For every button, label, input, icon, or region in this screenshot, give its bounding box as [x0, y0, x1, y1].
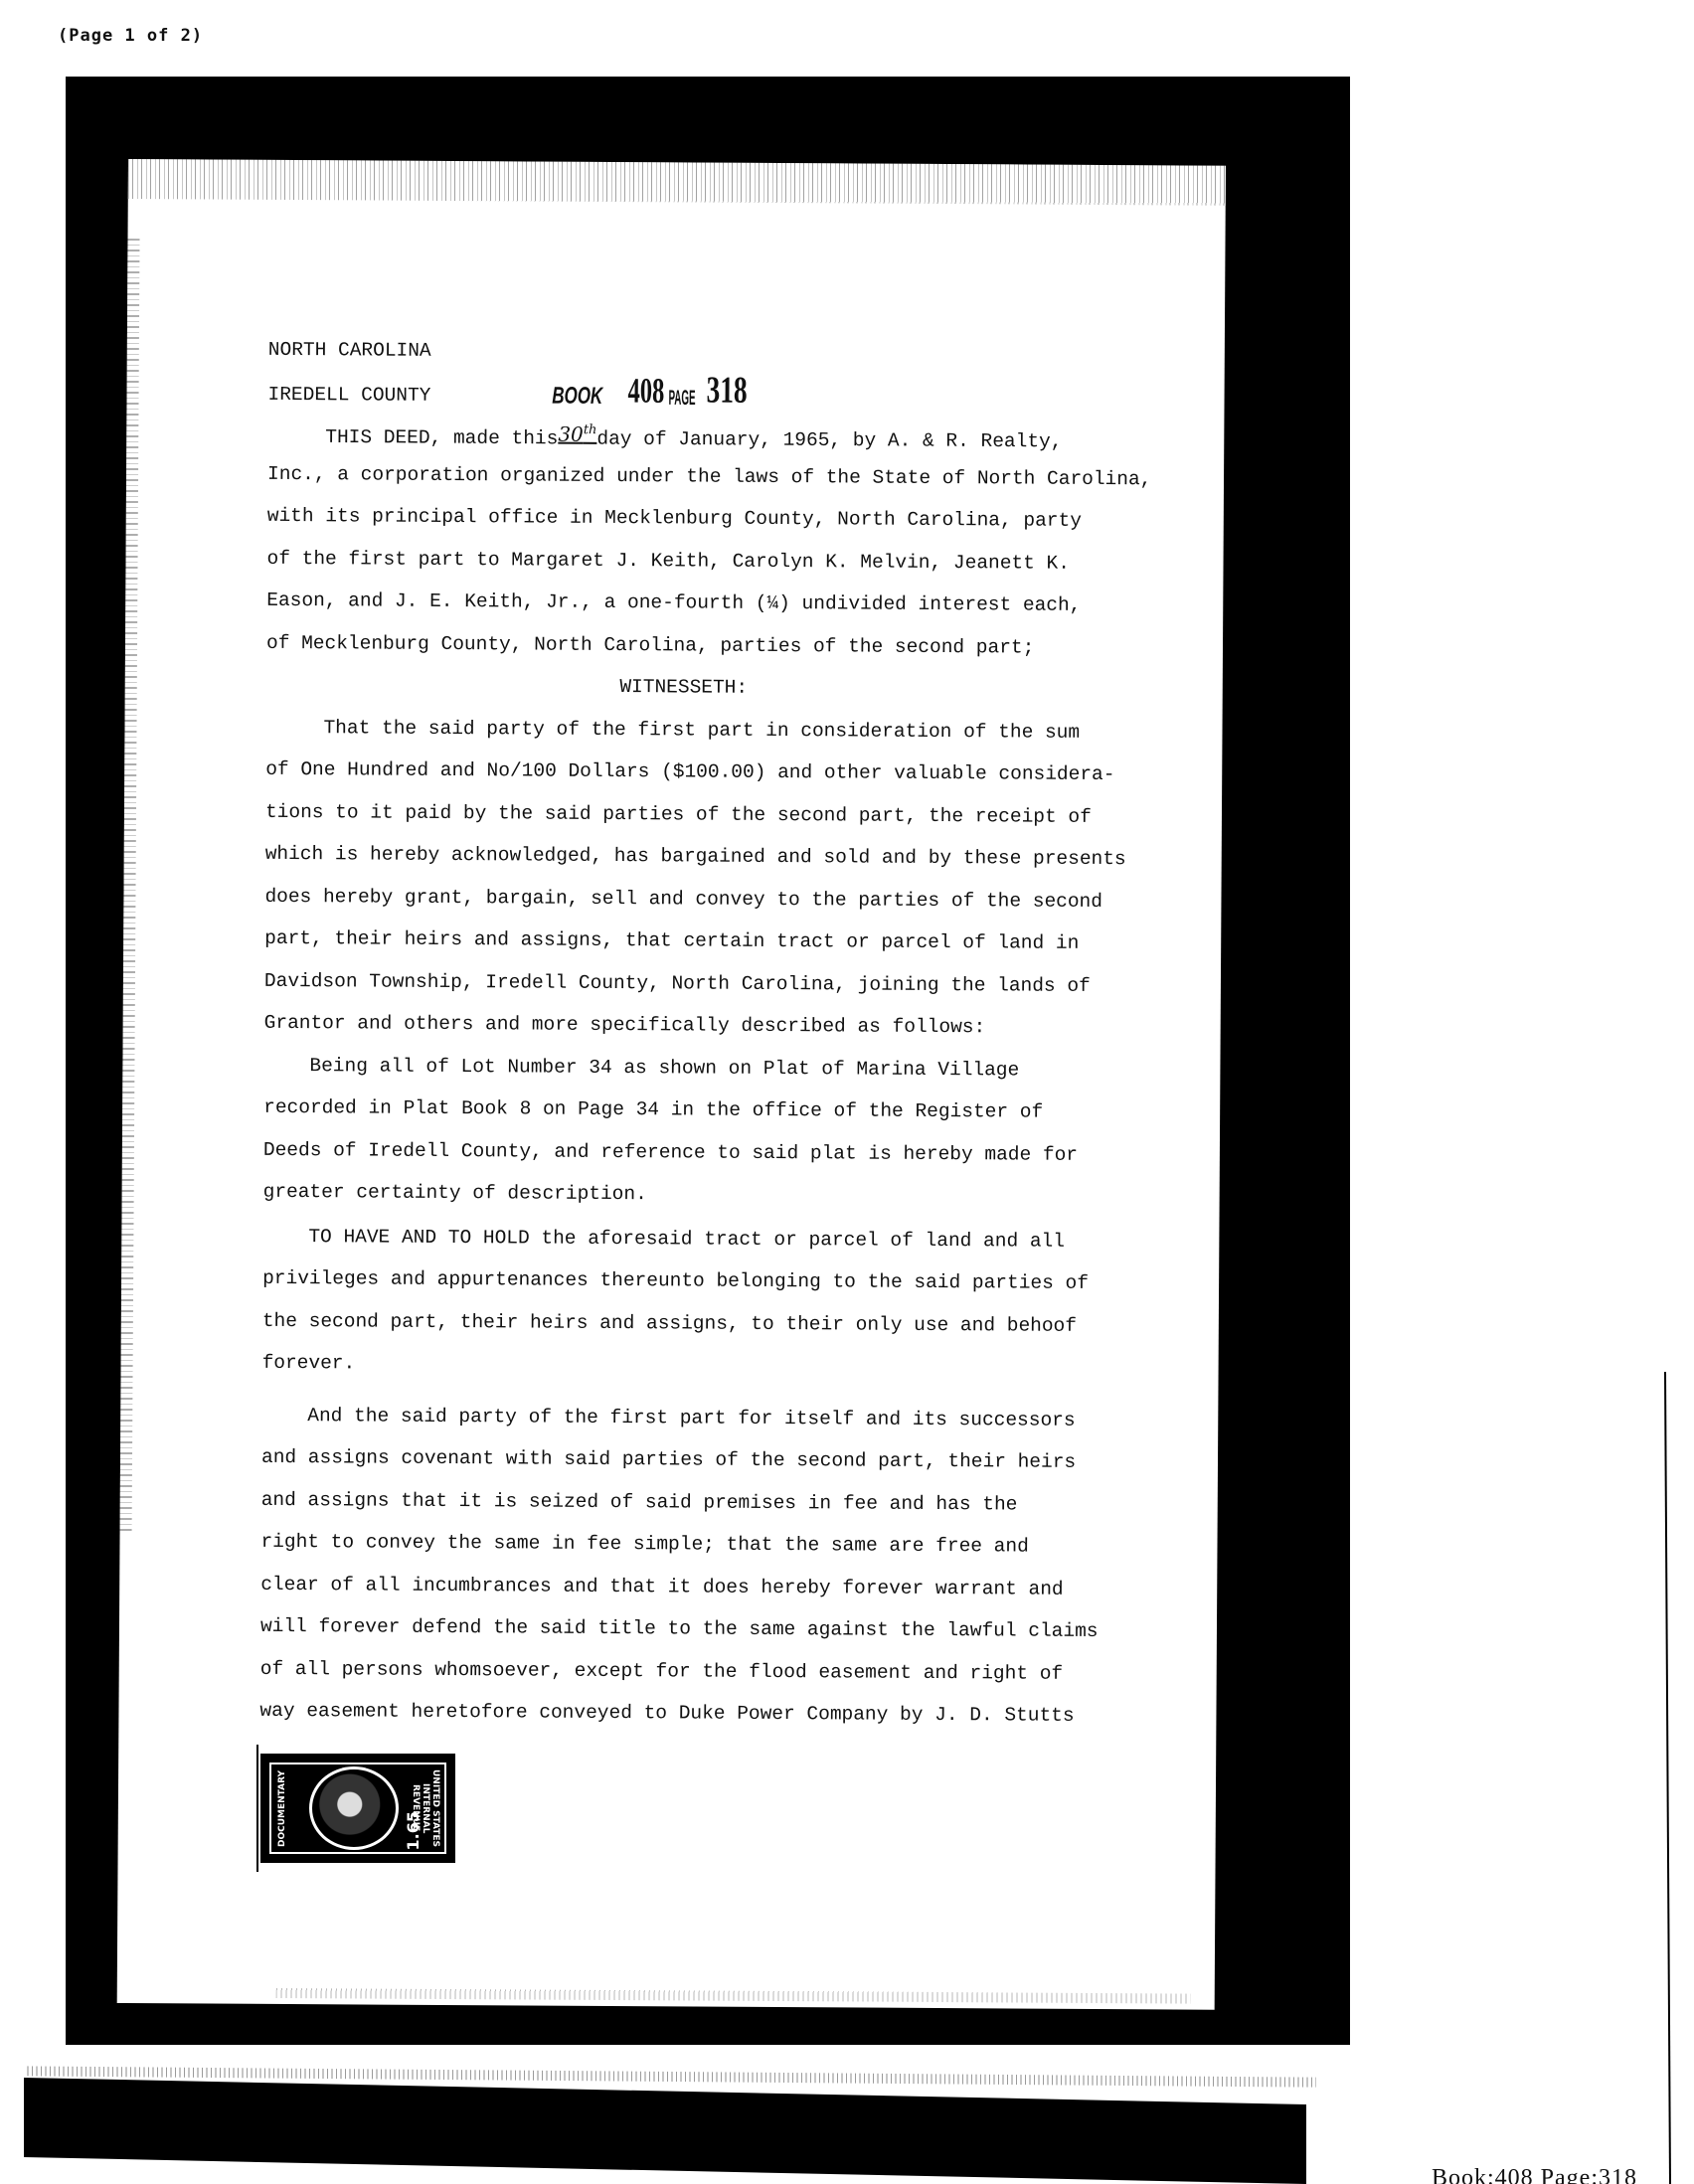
text-line: That the said party of the first part in…: [265, 706, 1140, 754]
handwritten-day-suffix: th: [584, 422, 597, 437]
text-line: the second part, their heirs and assigns…: [262, 1299, 1137, 1347]
text-line: part, their heirs and assigns, that cert…: [264, 918, 1139, 965]
stamp-value: 1.65: [404, 1811, 423, 1850]
text-line: forever.: [261, 1342, 1136, 1390]
page-number: 318: [707, 370, 748, 412]
text-line: Grantor and others and more specifically…: [264, 1002, 1139, 1050]
text-line: way easement heretofore conveyed to Duke…: [259, 1690, 1134, 1738]
text-line: which is hereby acknowledged, has bargai…: [265, 833, 1140, 881]
text-line: will forever defend the said title to th…: [260, 1605, 1135, 1653]
text-line: clear of all incumbrances and that it do…: [260, 1563, 1135, 1610]
text-line: Eason, and J. E. Keith, Jr., a one-fourt…: [266, 580, 1141, 627]
description-paragraph: Being all of Lot Number 34 as shown on P…: [263, 1044, 1139, 1218]
scan-noise-top: [128, 159, 1226, 206]
deed-page: NORTH CAROLINA IREDELL COUNTY BOOK 408 P…: [117, 159, 1226, 2010]
opening-paragraph: THIS DEED, made this30thday of January, …: [266, 411, 1143, 669]
consideration-paragraph: That the said party of the first part in…: [264, 706, 1141, 1049]
text-line: of all persons whomsoever, except for th…: [260, 1647, 1135, 1695]
text-line: right to convey the same in fee simple; …: [260, 1521, 1135, 1569]
text-line: Inc., a corporation organized under the …: [267, 452, 1142, 500]
text-line: tions to it paid by the said parties of …: [265, 790, 1140, 838]
page-label: PAGE: [668, 366, 695, 428]
handwritten-day: 30th: [558, 421, 596, 445]
header-county-line: IREDELL COUNTY BOOK 408 PAGE 318: [267, 367, 1142, 412]
opening-date-text: day of January, 1965, by A. & R. Realty,: [596, 428, 1062, 453]
opening-text: THIS DEED, made this: [325, 426, 558, 449]
witnesseth-heading: WITNESSETH:: [266, 664, 1141, 712]
text-line: Davidson Township, Iredell County, North…: [264, 959, 1139, 1007]
page-counter: (Page 1 of 2): [58, 26, 203, 46]
text-line: of One Hundred and No/100 Dollars ($100.…: [265, 749, 1140, 796]
deed-text: NORTH CAROLINA IREDELL COUNTY BOOK 408 P…: [259, 329, 1143, 1738]
stamp-left-text: DOCUMENTARY: [277, 1764, 299, 1852]
opening-first-line: THIS DEED, made this30thday of January, …: [267, 411, 1142, 458]
revenue-stamp-icon: DOCUMENTARY UNITED STATES INTERNAL REVEN…: [260, 1754, 455, 1863]
scan-noise-bottom: [276, 1988, 1191, 2004]
text-line: with its principal office in Mecklenburg…: [267, 495, 1142, 543]
text-line: greater certainty of description.: [263, 1171, 1138, 1219]
text-line: of the first part to Margaret J. Keith, …: [266, 537, 1141, 585]
book-number: 408: [628, 370, 665, 414]
text-line: and assigns covenant with said parties o…: [261, 1436, 1136, 1484]
text-line: Being all of Lot Number 34 as shown on P…: [263, 1044, 1138, 1092]
scan-edge-line: [1664, 1372, 1671, 2184]
habendum-paragraph: TO HAVE AND TO HOLD the aforesaid tract …: [261, 1215, 1137, 1389]
text-line: does hereby grant, bargain, sell and con…: [264, 875, 1139, 923]
stamp-edge-line: [256, 1745, 258, 1872]
scan-frame-bottom: [24, 2078, 1306, 2184]
text-line: TO HAVE AND TO HOLD the aforesaid tract …: [262, 1215, 1137, 1262]
warranty-paragraph: And the said party of the first part for…: [259, 1394, 1136, 1737]
text-line: and assigns that it is seized of said pr…: [261, 1478, 1136, 1526]
footer-book-page-reference: Book:408 Page:318: [1432, 2165, 1637, 2184]
text-line: privileges and appurtenances thereunto b…: [262, 1258, 1137, 1305]
text-line: And the said party of the first part for…: [261, 1394, 1136, 1441]
text-line: recorded in Plat Book 8 on Page 34 in th…: [263, 1087, 1138, 1134]
text-line: of Mecklenburg County, North Carolina, p…: [266, 621, 1141, 669]
stamp-portrait: [309, 1766, 399, 1850]
handwritten-day-number: 30: [558, 421, 584, 445]
text-line: Deeds of Iredell County, and reference t…: [263, 1128, 1138, 1176]
book-label: BOOK: [552, 367, 602, 425]
